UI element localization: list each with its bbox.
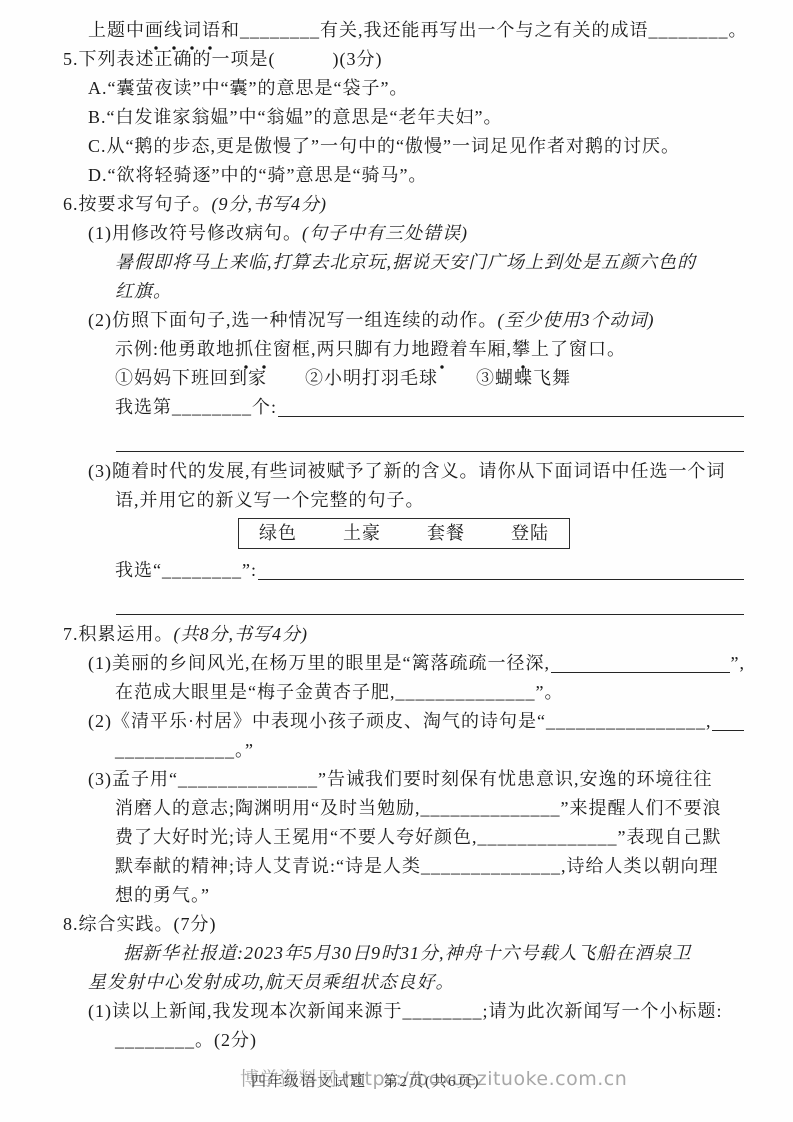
q8-part1-line2: ________。(2分): [63, 1026, 745, 1055]
q6-part3-line2: 语,并用它的新义写一个完整的句子。: [63, 486, 745, 515]
intro-line: 上题中画线词语和________有关,我还能再写出一个与之有关的成语______…: [63, 16, 745, 45]
text-segment: 着车厢,: [450, 335, 513, 364]
q6-part1-label: (1)用修改符号修改病句。(句子中有三处错误): [63, 219, 745, 248]
q6-part3-word-box-row: 绿色 土豪 套餐 登陆: [63, 518, 745, 549]
q5-option-c: C.从“鹅的步态,更是傲慢了”一句中的“傲慢”一词足见作者对鹅的讨厌。: [63, 132, 745, 161]
q7-part2-line2: ____________。”: [63, 736, 745, 765]
text-segment: (9分,书写4分): [212, 190, 328, 219]
q5-option-a: A.“囊萤夜读”中“囊”的意思是“袋子”。: [63, 74, 745, 103]
text-segment: 示例:他勇敢地: [115, 335, 235, 364]
answer-blank-line: [278, 416, 744, 417]
q8-news-line1: 据新华社报道:2023年5月30日9时31分,神舟十六号载人飞船在酒泉卫: [63, 939, 745, 968]
q8-part1-line1: (1)读以上新闻,我发现本次新闻来源于________;请为此次新闻写一个小标题…: [63, 997, 745, 1026]
q7-part3-line2: 消磨人的意志;陶渊明用“及时当勉励,______________”来提醒人们不要…: [63, 794, 745, 823]
text-segment: 6.按要求写句子。: [63, 190, 212, 219]
question-6-title: 6.按要求写句子。(9分,书写4分): [63, 190, 745, 219]
q6-part3-answer-line2: [63, 591, 745, 620]
exam-paper-page: 上题中画线词语和________有关,我还能再写出一个与之有关的成语______…: [0, 0, 793, 1122]
word-option: 登陆: [511, 520, 549, 547]
page-footer: 博学资料网 https://boxuezituoke.com.cn 四年级语文试…: [0, 1062, 793, 1108]
text-segment: 上了窗口。: [531, 335, 626, 364]
exam-content: 上题中画线词语和________有关,我还能再写出一个与之有关的成语______…: [63, 16, 745, 1055]
q6-part2-answer-row: 我选第________个:: [63, 393, 745, 422]
word-option: 套餐: [427, 520, 465, 547]
answer-blank-line: [116, 451, 744, 452]
q8-news-line2: 星发射中心发射成功,航天员乘组状态良好。: [63, 968, 745, 997]
q6-part1-sentence-line1: 暑假即将马上来临,打算去北京玩,据说天安门广场上到处是五颜六色的: [63, 248, 745, 277]
word-option: 土豪: [343, 520, 381, 547]
q6-part2-example: 示例:他勇敢地抓住窗框,两只脚有力地蹬着车厢,攀上了窗口。: [63, 335, 745, 364]
q6-part2-choices: ①妈妈下班回到家 ②小明打羽毛球 ③蝴蝶飞舞: [63, 364, 745, 393]
q7-part3-line5: 想的勇气。”: [63, 881, 745, 910]
answer-blank-line: [551, 672, 730, 673]
answer-blank-line: [712, 730, 744, 731]
q6-part2-answer-prefix: 我选第________个:: [115, 393, 277, 422]
text-segment: (共8分,书写4分): [174, 620, 309, 649]
q7-part1-line1: (1)美丽的乡间风光,在杨万里的眼里是“篱落疏疏一径深,”,: [63, 649, 745, 678]
q6-part2-label: (2)仿照下面句子,选一种情况写一组连续的动作。(至少使用3个动词): [63, 306, 745, 335]
text-segment: (2)《清平乐·村居》中表现小孩子顽皮、淘气的诗句是“: [88, 707, 546, 736]
q5-option-d: D.“欲将轻骑逐”中的“骑”意思是“骑马”。: [63, 161, 745, 190]
q7-part3-line1: (3)孟子用“______________”告诫我们要时刻保有忧患意识,安逸的环…: [63, 765, 745, 794]
q6-part3-line1: (3)随着时代的发展,有些词被赋予了新的含义。请你从下面词语中任选一个词: [63, 457, 745, 486]
text-segment: 和________有关,我还能再写出一个与之有关的成语________。: [221, 16, 748, 45]
q7-part3-line4: 默奉献的精神;诗人艾青说:“诗是人类______________,诗给人类以朝向…: [63, 852, 745, 881]
text-segment: ________________,: [546, 707, 712, 736]
word-box: 绿色 土豪 套餐 登陆: [238, 518, 570, 549]
q6-part1-sentence-line2: 红旗。: [63, 277, 745, 306]
text-segment: 窗框,两只脚有力地: [273, 335, 431, 364]
answer-blank-line: [258, 579, 744, 580]
question-5-title: 5.下列表述正确的一项是( )(3分): [63, 45, 745, 74]
word-option: 绿色: [259, 520, 297, 547]
text-segment: (2)仿照下面句子,选一种情况写一组连续的动作。: [88, 306, 498, 335]
footer-page-label: 四年级语文试题 第2页(共6页): [251, 1070, 480, 1091]
text-segment: (1)用修改符号修改病句。: [88, 219, 302, 248]
q7-part2-line1: (2)《清平乐·村居》中表现小孩子顽皮、淘气的诗句是“_____________…: [63, 707, 745, 736]
q6-part3-answer-prefix: 我选“________”:: [115, 556, 257, 585]
text-segment: ”,: [731, 649, 746, 678]
question-7-title: 7.积累运用。(共8分,书写4分): [63, 620, 745, 649]
answer-blank-line: [116, 614, 744, 615]
text-segment: 7.积累运用。: [63, 620, 174, 649]
q7-part1-line2: 在范成大眼里是“梅子金黄杏子肥,______________”。: [63, 678, 745, 707]
q7-part3-line3: 费了大好时光;诗人王冕用“不要人夸好颜色,______________”表现自己…: [63, 823, 745, 852]
text-segment: (1)美丽的乡间风光,在杨万里的眼里是“篱落疏疏一径深,: [88, 649, 550, 678]
text-segment: (至少使用3个动词): [498, 306, 655, 335]
q6-part3-answer-row: 我选“________”:: [63, 556, 745, 585]
text-segment: 上题中: [88, 16, 145, 45]
text-segment: (句子中有三处错误): [302, 219, 468, 248]
q6-part2-answer-line2: [63, 428, 745, 457]
q5-option-b: B.“白发谁家翁媪”中“翁媪”的意思是“老年夫妇”。: [63, 103, 745, 132]
question-8-title: 8.综合实践。(7分): [63, 910, 745, 939]
